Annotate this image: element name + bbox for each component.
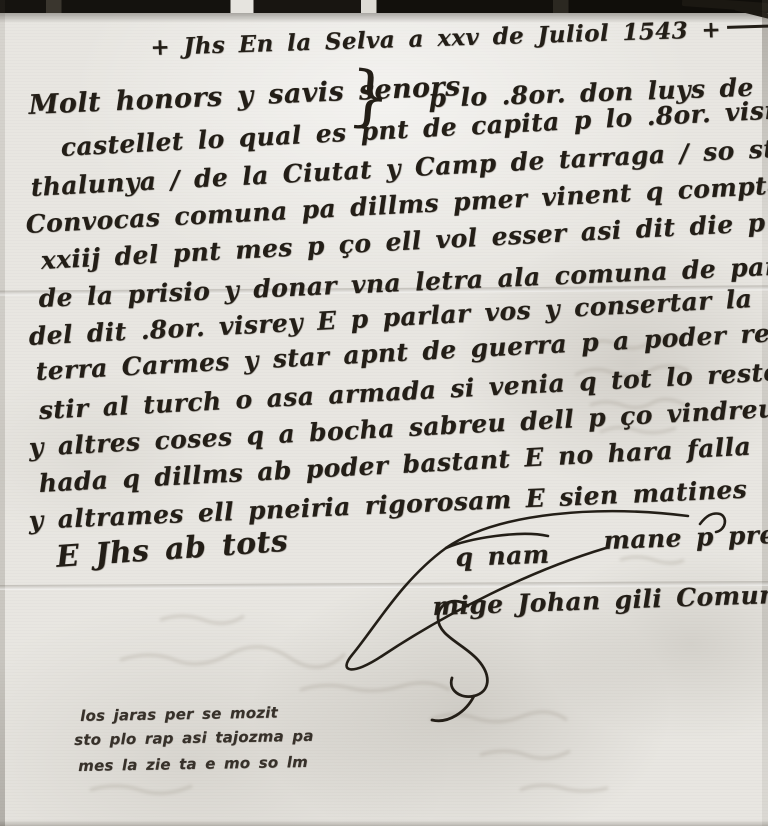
- scan-top-edge: [0, 0, 768, 13]
- manuscript-page: + Jhs En la Selva a xxv de Juliol 1543 +…: [0, 0, 768, 826]
- paper-left-edge: [0, 0, 5, 826]
- archival-note-line: los jaras per se mozit: [80, 704, 278, 725]
- cross-icon: +: [701, 16, 722, 44]
- flourish-word-left: q nam: [455, 540, 550, 572]
- archival-note-line: sto plo rap asi tajozma pa: [74, 727, 314, 749]
- cross-icon: +: [150, 33, 171, 61]
- archival-note-line: mes la zie ta e mo so lm: [78, 753, 308, 775]
- pen-stroke: [727, 24, 768, 29]
- dateline-text: Jhs En la Selva a xxv de Juliol 1543: [183, 17, 688, 60]
- salutation-line: Molt honors y savis senors: [28, 71, 461, 121]
- paper-bottom-edge: [0, 820, 768, 826]
- flourish-word-right: mane p pre: [603, 520, 768, 555]
